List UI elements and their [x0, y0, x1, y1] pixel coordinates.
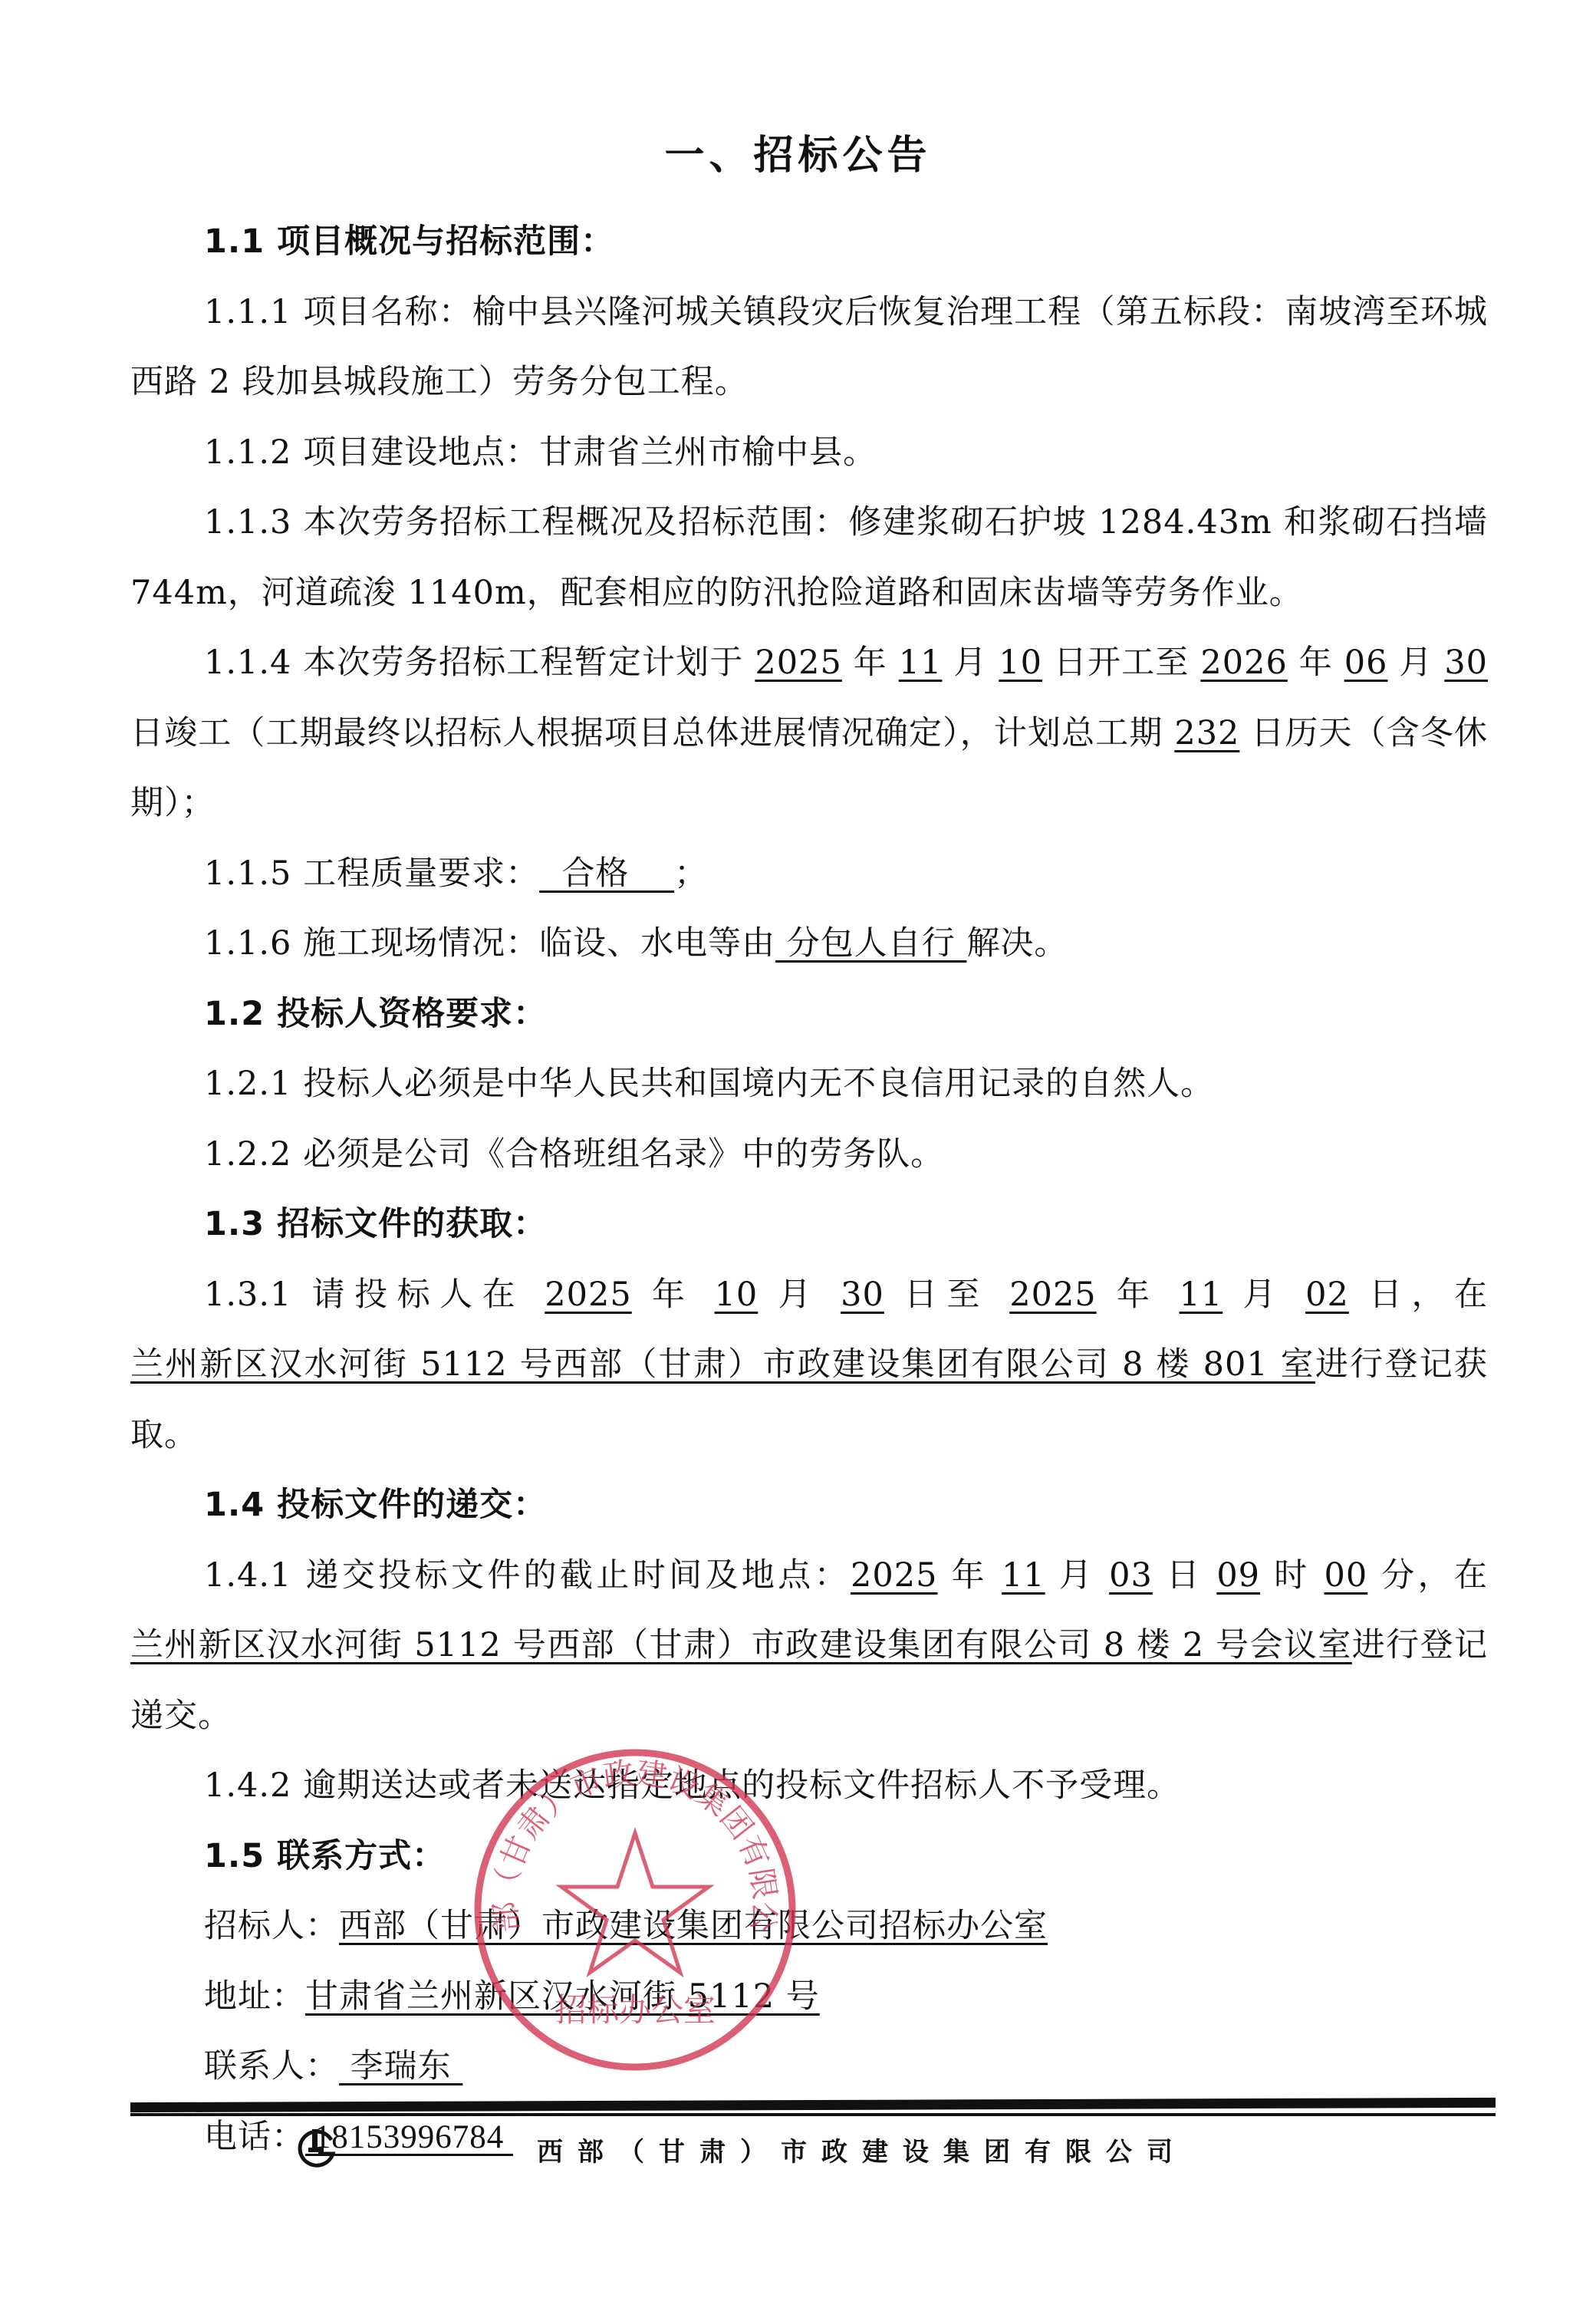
section-heading: 1.2 投标人资格要求： — [130, 979, 1488, 1050]
text-segment: 年 — [1288, 644, 1344, 682]
contact-address: 地址：甘肃省兰州新区汉水河街 5112 号 — [130, 1962, 1488, 2033]
body-paragraph: 1.2.1 投标人必须是中华人民共和国境内无不良信用记录的自然人。 — [130, 1049, 1488, 1120]
footer-divider — [130, 2100, 1496, 2120]
text-segment: 日开工至 — [1042, 644, 1200, 682]
contact-tenderer: 招标人：西部（甘肃）市政建设集团有限公司招标办公室 — [130, 1891, 1488, 1962]
underlined-field: 分包人自行 — [775, 924, 966, 963]
body-paragraph: 1.1.1 项目名称：榆中县兴隆河城关镇段灾后恢复治理工程（第五标段：南坡湾至环… — [130, 278, 1488, 418]
underlined-field: 02 — [1305, 1276, 1349, 1314]
text-segment: 1.2 投标人资格要求： — [204, 995, 547, 1033]
text-segment: 1.1.5 工程质量要求： — [204, 854, 539, 893]
document-body: 1.1 项目概况与招标范围：1.1.1 项目名称：榆中县兴隆河城关镇段灾后恢复治… — [130, 207, 1488, 2172]
text-segment: 1.5 联系方式： — [204, 1837, 446, 1875]
body-paragraph: 1.4.1 递交投标文件的截止时间及地点：2025 年 11 月 03 日 09… — [130, 1541, 1488, 1752]
underlined-field: 11 — [899, 644, 943, 682]
underlined-field: 2025 — [851, 1556, 937, 1595]
underlined-field: 10 — [999, 644, 1042, 682]
text-segment: 时 — [1260, 1556, 1324, 1595]
underlined-field: 09 — [1216, 1556, 1260, 1595]
body-paragraph: 1.1.2 项目建设地点：甘肃省兰州市榆中县。 — [130, 418, 1488, 489]
body-paragraph: 1.1.6 施工现场情况：临设、水电等由 分包人自行 解决。 — [130, 909, 1488, 979]
body-paragraph: 1.1.3 本次劳务招标工程概况及招标范围：修建浆砌石护坡 1284.43m 和… — [130, 488, 1488, 628]
text-segment: 月 — [942, 644, 999, 682]
section-heading: 1.4 投标文件的递交： — [130, 1470, 1488, 1541]
text-segment: ； — [674, 854, 708, 893]
text-segment: 月 — [758, 1276, 841, 1314]
document-page: 一、招标公告 1.1 项目概况与招标范围：1.1.1 项目名称：榆中县兴隆河城关… — [0, 0, 1596, 2301]
footer-company-name: 西部（甘肃）市政建设集团有限公司 — [537, 2131, 1187, 2168]
text-segment: 日 — [1153, 1556, 1216, 1595]
text-segment: 月 — [1387, 644, 1444, 682]
text-segment: 日，在 — [1349, 1276, 1488, 1314]
text-segment: 1.3.1 请投标人在 — [204, 1276, 545, 1314]
text-segment: 1.2.2 必须是公司《合格班组名录》中的劳务队。 — [204, 1135, 944, 1174]
text-segment: 日至 — [884, 1276, 1009, 1314]
underlined-field: 30 — [1444, 644, 1488, 682]
tenderer-value: 西部（甘肃）市政建设集团有限公司招标办公室 — [339, 1907, 1063, 1945]
text-segment: 1.3 招标文件的获取： — [204, 1205, 547, 1243]
body-paragraph: 1.2.2 必须是公司《合格班组名录》中的劳务队。 — [130, 1120, 1488, 1190]
underlined-field: 06 — [1344, 644, 1388, 682]
text-segment: 年 — [1097, 1276, 1180, 1314]
underlined-field: 232 — [1174, 714, 1239, 752]
phone-label: 电话： — [204, 2118, 305, 2156]
text-segment: 年 — [632, 1276, 715, 1314]
underlined-field: 2025 — [755, 644, 841, 682]
text-segment: 月 — [1045, 1556, 1109, 1595]
text-segment: 1.1.1 项目名称：榆中县兴隆河城关镇段灾后恢复治理工程（第五标段：南坡湾至环… — [130, 293, 1488, 402]
section-heading: 1.3 招标文件的获取： — [130, 1190, 1488, 1260]
body-paragraph: 1.1.5 工程质量要求： 合格 ； — [130, 839, 1488, 910]
text-segment: 年 — [937, 1556, 1001, 1595]
phone-value: 18153996784 — [305, 2119, 528, 2155]
text-segment: 1.1.4 本次劳务招标工程暂定计划于 — [204, 644, 755, 682]
underlined-field: 10 — [715, 1276, 759, 1314]
text-segment: 1.2.1 投标人必须是中华人民共和国境内无不良信用记录的自然人。 — [204, 1065, 1214, 1103]
underlined-field: 2026 — [1200, 644, 1287, 682]
text-segment: 1.4.1 递交投标文件的截止时间及地点： — [204, 1556, 851, 1595]
underlined-field: 11 — [1180, 1276, 1223, 1314]
person-label: 联系人： — [204, 2047, 339, 2085]
paragraph-list: 1.1 项目概况与招标范围：1.1.1 项目名称：榆中县兴隆河城关镇段灾后恢复治… — [130, 207, 1488, 1891]
underlined-field: 03 — [1109, 1556, 1153, 1595]
address-label: 地址： — [204, 1977, 305, 2016]
text-segment: 日竣工（工期最终以招标人根据项目总体进展情况确定），计划总工期 — [130, 714, 1174, 752]
section-heading: 1.5 联系方式： — [130, 1822, 1488, 1892]
underlined-field: 兰州新区汉水河街 5112 号西部（甘肃）市政建设集团有限公司 8 楼 2 号会… — [130, 1626, 1352, 1664]
text-segment: 1.4.2 逾期送达或者未送达指定地点的投标文件招标人不予受理。 — [204, 1766, 1180, 1805]
address-value: 甘肃省兰州新区汉水河街 5112 号 — [305, 1977, 835, 2016]
text-segment: 1.1.6 施工现场情况：临设、水电等由 — [204, 924, 775, 963]
underlined-field: 2025 — [545, 1276, 631, 1314]
text-segment: 1.1.2 项目建设地点：甘肃省兰州市榆中县。 — [204, 433, 877, 472]
body-paragraph: 1.4.2 逾期送达或者未送达指定地点的投标文件招标人不予受理。 — [130, 1751, 1488, 1822]
tenderer-label: 招标人： — [204, 1907, 339, 1945]
text-segment: 1.4 投标文件的递交： — [204, 1486, 547, 1524]
body-paragraph: 1.3.1 请投标人在 2025 年 10 月 30 日至 2025 年 11 … — [130, 1260, 1488, 1471]
company-logo-icon — [295, 2125, 338, 2168]
contact-person: 联系人： 李瑞东 — [130, 2032, 1488, 2102]
text-segment: 1.1.3 本次劳务招标工程概况及招标范围：修建浆砌石护坡 1284.43m 和… — [130, 503, 1488, 612]
text-segment: 月 — [1223, 1276, 1305, 1314]
person-value: 李瑞东 — [339, 2047, 478, 2085]
body-paragraph: 1.1.4 本次劳务招标工程暂定计划于 2025 年 11 月 10 日开工至 … — [130, 628, 1488, 839]
text-segment: 解决。 — [966, 924, 1068, 963]
underlined-field: 11 — [1002, 1556, 1045, 1595]
document-title: 一、招标公告 — [0, 123, 1596, 180]
section-heading: 1.1 项目概况与招标范围： — [130, 207, 1488, 278]
underlined-field: 00 — [1325, 1556, 1368, 1595]
text-segment: 分，在 — [1367, 1556, 1488, 1595]
underlined-field: 2025 — [1009, 1276, 1096, 1314]
text-segment: 1.1 项目概况与招标范围： — [204, 222, 614, 261]
underlined-field: 兰州新区汉水河街 5112 号西部（甘肃）市政建设集团有限公司 8 楼 801 … — [130, 1345, 1315, 1384]
underlined-field: 合格 — [539, 854, 674, 893]
underlined-field: 30 — [841, 1276, 884, 1314]
text-segment: 年 — [842, 644, 899, 682]
